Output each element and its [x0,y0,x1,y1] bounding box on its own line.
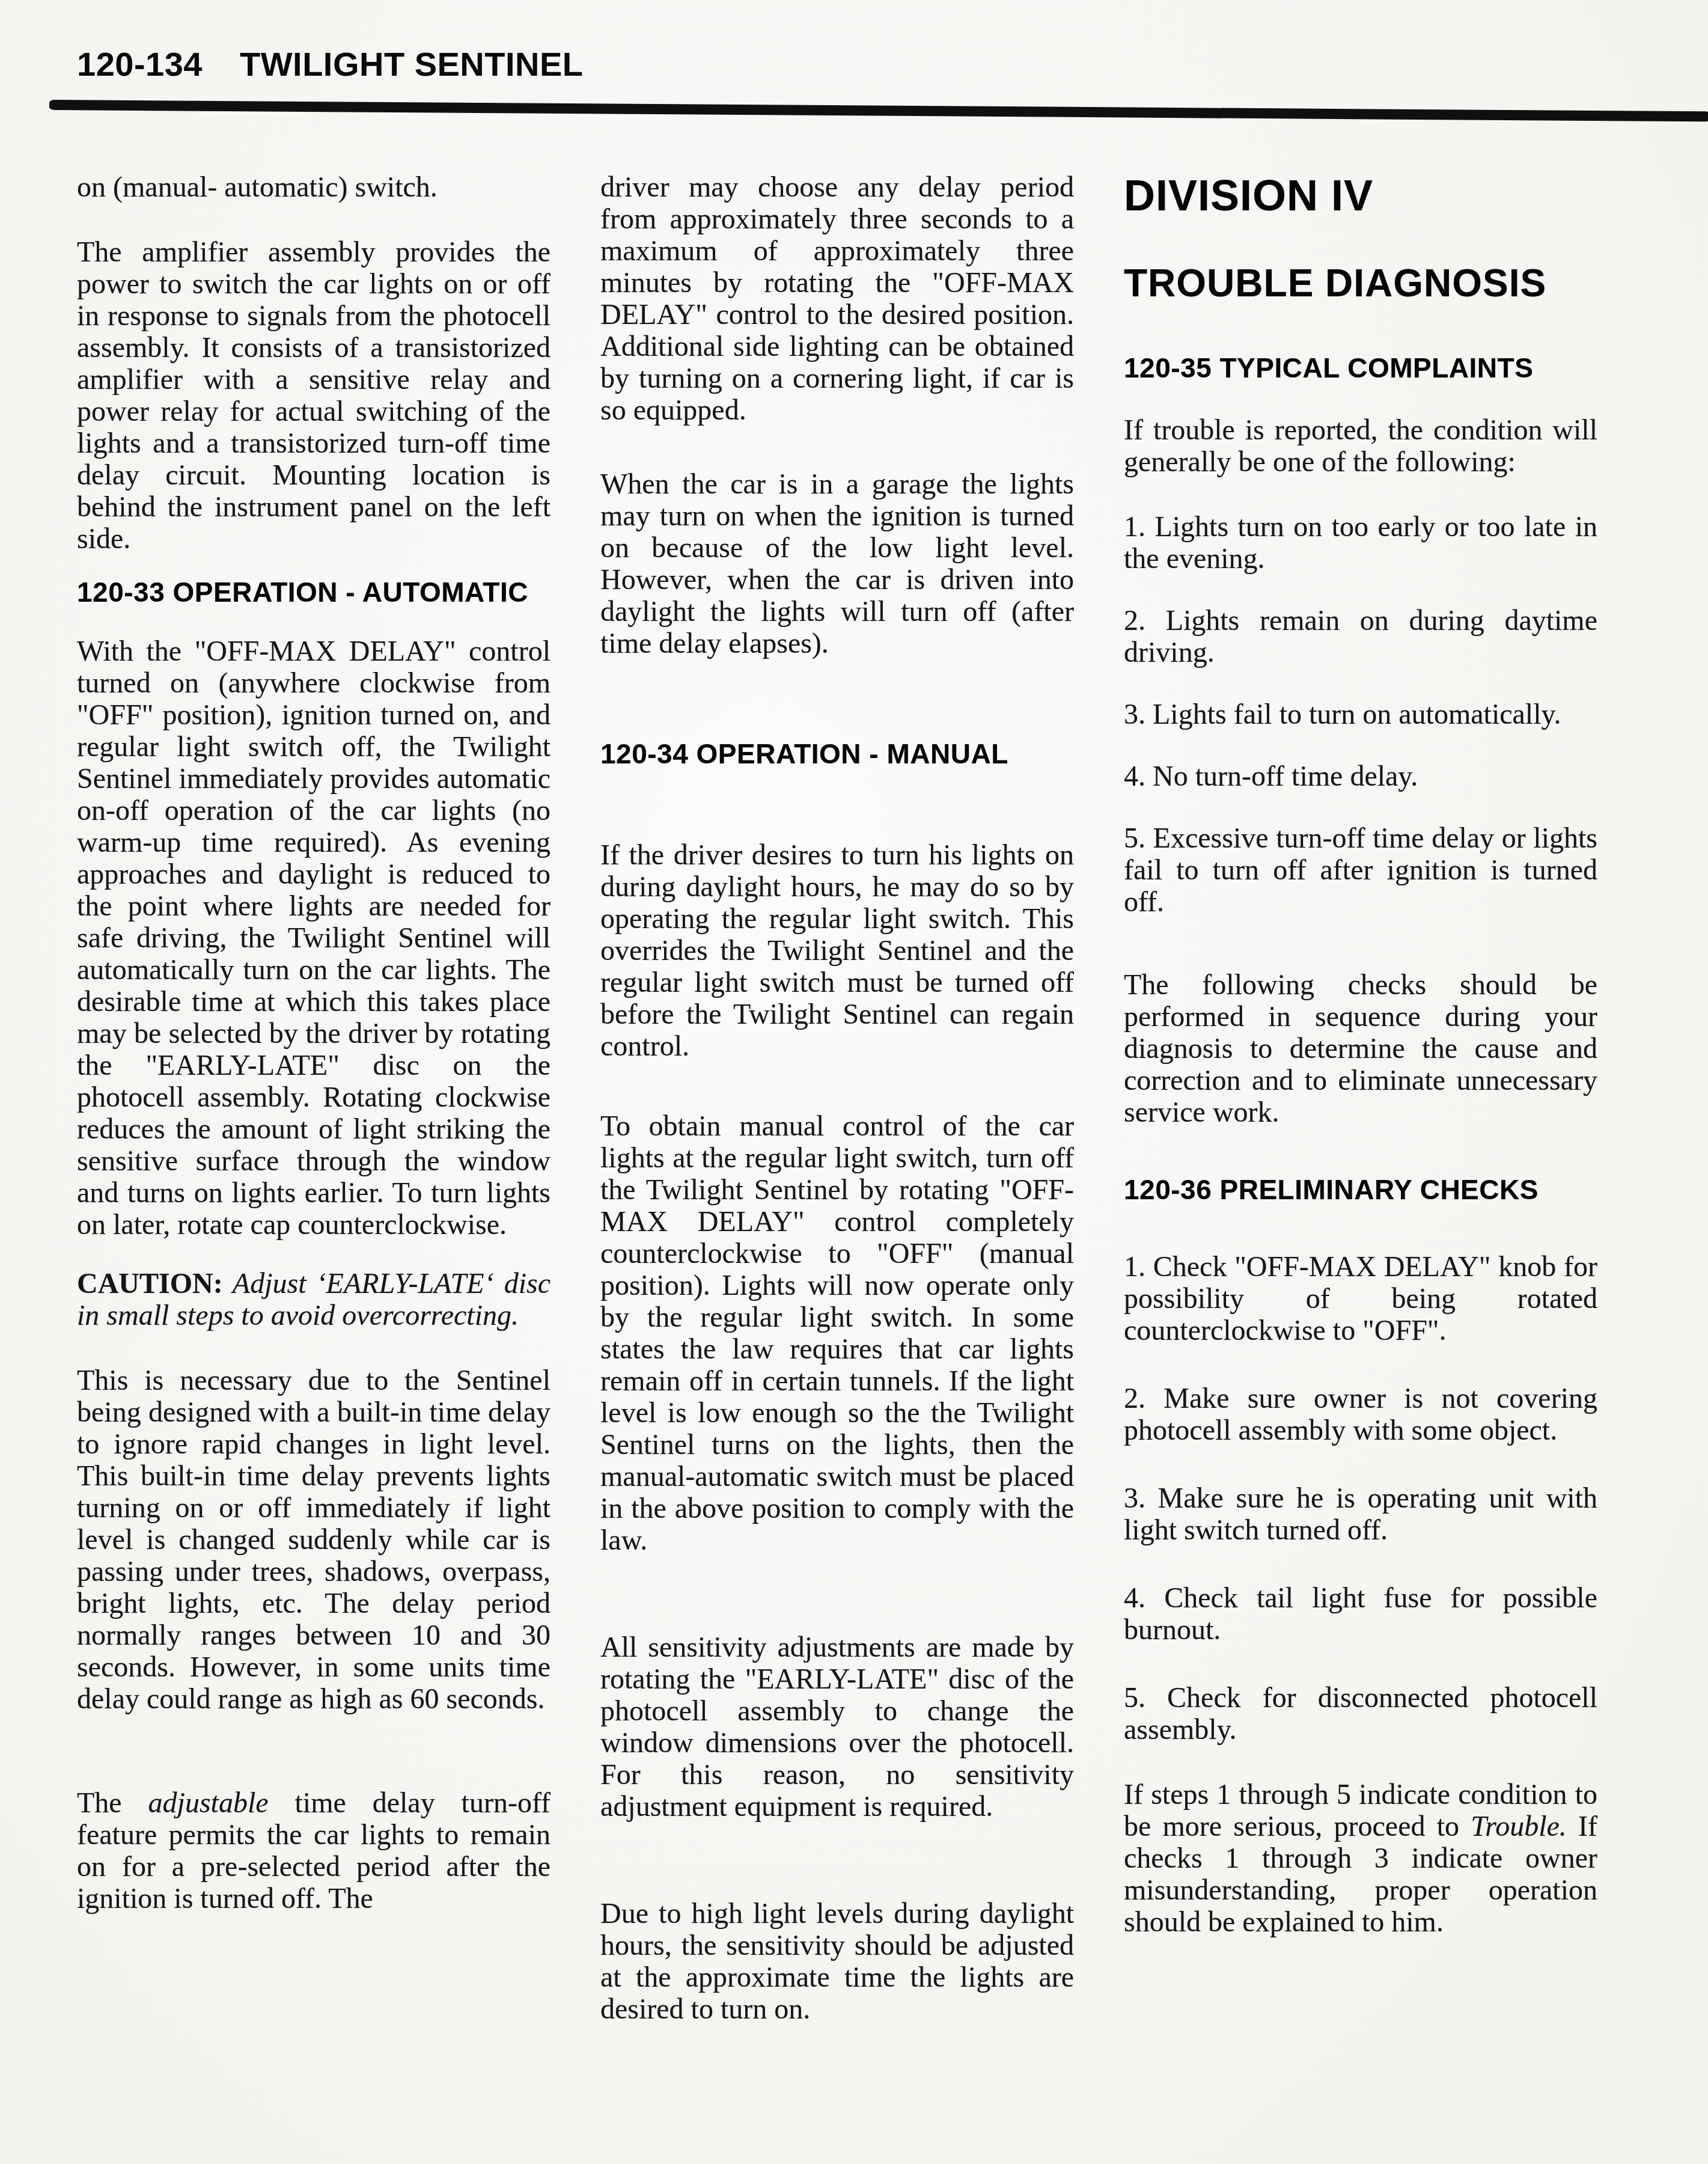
page-title: TWILIGHT SENTINEL [240,45,584,83]
paragraph-driver-delay: driver may choose any delay period from … [600,171,1074,426]
heading-preliminary-checks: 120-36 PRELIMINARY CHECKS [1124,1173,1597,1206]
paragraph-daylight-switch: If the driver desires to turn his lights… [600,839,1074,1062]
check-item-2: 2. Make sure owner is not covering photo… [1124,1383,1597,1446]
page-header: 120-134TWILIGHT SENTINEL [77,44,584,84]
manual-page: 120-134TWILIGHT SENTINEL on (manual- aut… [0,0,1708,2164]
steps-italic: Trouble. [1471,1811,1567,1842]
paragraph-switch-continuation: on (manual- automatic) switch. [77,171,551,203]
caution-label: CAUTION: [77,1268,223,1300]
column-1: on (manual- automatic) switch. The ampli… [77,171,551,1915]
heading-typical-complaints: 120-35 TYPICAL COMPLAINTS [1124,352,1597,384]
adjustable-pre: The [77,1787,148,1819]
paragraph-off-max-delay: With the "OFF-MAX DELAY" control turned … [77,635,551,1241]
header-rule [49,100,1708,121]
paragraph-adjustable-delay: The adjustable time delay turn-off featu… [77,1787,551,1915]
check-item-4: 4. Check tail light fuse for possible bu… [1124,1582,1597,1646]
column-2: driver may choose any delay period from … [600,171,1074,2025]
check-item-5: 5. Check for disconnected photocell asse… [1124,1682,1597,1746]
complaint-item-5: 5. Excessive turn-off time delay or ligh… [1124,822,1597,918]
complaint-item-3: 3. Lights fail to turn on automatically. [1124,698,1597,730]
column-3: DIVISION IV TROUBLE DIAGNOSIS 120-35 TYP… [1124,171,1597,1938]
paragraph-amplifier-assembly: The amplifier assembly provides the powe… [77,236,551,555]
adjustable-italic: adjustable [148,1787,269,1819]
paragraph-high-light-levels: Due to high light levels during daylight… [600,1898,1074,2025]
paragraph-following-checks: The following checks should be performed… [1124,969,1597,1128]
paragraph-if-steps: If steps 1 through 5 indicate condition … [1124,1779,1597,1938]
paragraph-built-in-delay: This is necessary due to the Sentinel be… [77,1365,551,1715]
paragraph-if-trouble: If trouble is reported, the condition wi… [1124,414,1597,478]
heading-trouble-diagnosis: TROUBLE DIAGNOSIS [1124,260,1597,307]
paragraph-sensitivity-adjustments: All sensitivity adjustments are made by … [600,1631,1074,1823]
heading-division-iv: DIVISION IV [1124,171,1597,221]
heading-operation-manual: 120-34 OPERATION - MANUAL [600,738,1074,770]
paragraph-manual-control: To obtain manual control of the car ligh… [600,1110,1074,1556]
check-item-1: 1. Check "OFF-MAX DELAY" knob for possib… [1124,1251,1597,1346]
heading-operation-automatic: 120-33 OPERATION - AUTOMATIC [77,576,551,608]
complaint-item-4: 4. No turn-off time delay. [1124,760,1597,792]
paragraph-garage: When the car is in a garage the lights m… [600,468,1074,659]
complaint-item-2: 2. Lights remain on during daytime drivi… [1124,605,1597,668]
paragraph-caution: CAUTION: Adjust ‘EARLY-LATE‘ disc in sma… [77,1268,551,1331]
page-number: 120-134 [77,44,203,84]
check-item-3: 3. Make sure he is operating unit with l… [1124,1482,1597,1546]
complaint-item-1: 1. Lights turn on too early or too late … [1124,511,1597,575]
